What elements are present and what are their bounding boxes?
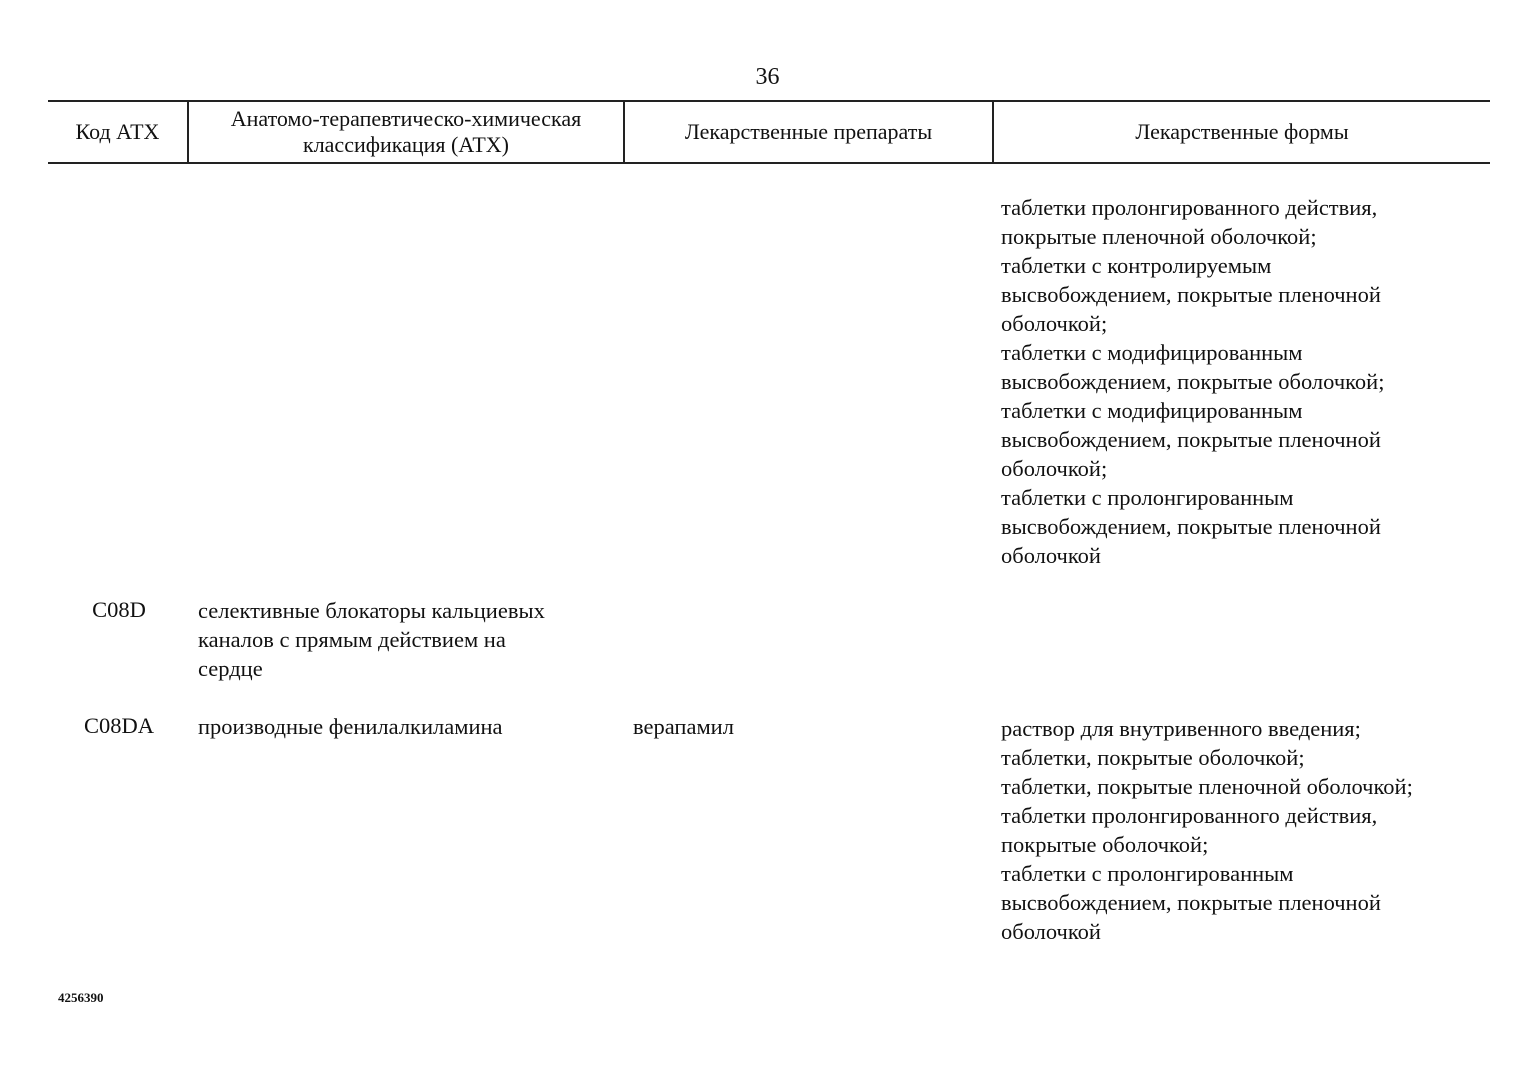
row-classification: производные фенилалкиламина xyxy=(198,712,503,741)
header-forms: Лекарственные формы xyxy=(992,102,1490,162)
row-code: C08DA xyxy=(54,711,184,740)
row-forms: раствор для внутривенного введения; табл… xyxy=(1001,714,1413,946)
document-id: 4256390 xyxy=(58,990,104,1006)
table-header: Код АТХ Анатомо-терапевтическо-химическа… xyxy=(48,100,1490,164)
row-classification: селективные блокаторы кальциевых каналов… xyxy=(198,596,545,683)
page-number: 36 xyxy=(0,64,1525,91)
header-classification: Анатомо-терапевтическо-химическая класси… xyxy=(187,102,623,162)
row-drug: верапамил xyxy=(633,712,734,741)
header-drugs: Лекарственные препараты xyxy=(623,102,992,162)
row-code: C08D xyxy=(54,595,184,624)
row-forms: таблетки пролонгированного действия, пок… xyxy=(1001,193,1384,570)
header-code: Код АТХ xyxy=(48,102,187,162)
